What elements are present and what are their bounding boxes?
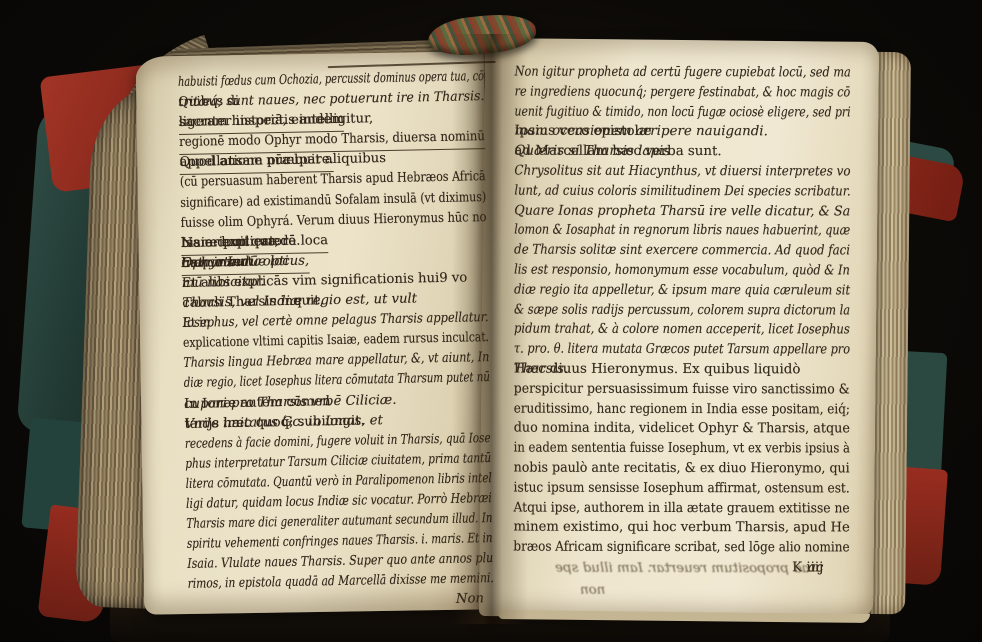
- text-line: nobis paulò ante recitatis, & ex diuo Hi…: [514, 458, 831, 479]
- text-line: lis est responsio, homonymum esse vocabu…: [514, 261, 800, 282]
- text-run: istuc ipsum sensisse Iosephum affirmat, …: [514, 478, 850, 499]
- text-run: pidum trahat, & à colore nomen acceperit…: [514, 320, 850, 341]
- text-run: lomon & Iosaphat in regnorum libris naue…: [514, 221, 850, 242]
- text-run: Isaiæ explicat,: [181, 232, 279, 254]
- left-page-text-block: habuisti fœdus cum Ochozia, percussit do…: [178, 67, 494, 615]
- text-line: bræos Africam significare scribat, sed l…: [513, 538, 814, 559]
- text-run: nobis paulò ante recitatis, & ex diuo Hi…: [514, 458, 850, 479]
- text-run: Quare Ionas propheta Tharsū ire velle di…: [514, 201, 850, 222]
- text-line: eruditissimo, hanc regionem in India ess…: [514, 399, 814, 420]
- text-line: lomon & Iosaphat in regnorum libris naue…: [514, 221, 795, 242]
- text-run: Ipsius vero epistolæ: [514, 122, 651, 142]
- text-line: Tharsis. Hæc diuus Hieronymus. Ex quibus…: [514, 360, 850, 381]
- text-run: lis est responsio, homonymum esse vocabu…: [514, 261, 850, 282]
- text-line: Atqui ipse, authorem in illa ætate graue…: [513, 498, 822, 519]
- text-run: lunt, ad cuius coloris similitudinem Dei…: [514, 181, 850, 202]
- text-run: Hæc diuus Hieronymus. Ex quibus liquidò: [514, 360, 801, 381]
- text-line: Chrysolitus sit aut Hiacynthus, vt diuer…: [514, 162, 813, 183]
- text-run: τ. pro. θ. litera mutata Græcos putet Ta…: [514, 340, 850, 361]
- text-run: Chrysolitus sit aut Hiacynthus, vt diuer…: [514, 162, 850, 183]
- text-line: lunt, ad cuius coloris similitudinem Dei…: [514, 181, 804, 202]
- bleedthrough-text-line: ad propositum reuertar. Iam illud spe: [517, 561, 847, 577]
- text-run: bræos Africam significare scribat, sed l…: [513, 538, 849, 559]
- text-line: in eadem sententia fuisse Iosephum, vt e…: [514, 439, 806, 460]
- text-run: in eadem sententia fuisse Iosephum, vt e…: [514, 439, 850, 460]
- text-line: Non igitur propheta ad certū fugere cupi…: [515, 63, 799, 84]
- open-book-photo: habuisti fœdus cum Ochozia, percussit do…: [0, 0, 982, 642]
- text-line: mam occasionem arripere nauigandi. Ipsiu…: [514, 122, 850, 143]
- text-run: perspicitur persuasissimum fuisse viro s…: [514, 379, 850, 400]
- text-line: diæ regio ita appelletur, & ipsum mare q…: [514, 280, 802, 301]
- text-run: diæ regio ita appelletur, & ipsum mare q…: [514, 280, 850, 301]
- text-run: Quæris si Tharsis lapis: [514, 142, 670, 162]
- bleedthrough-text-word: non: [515, 583, 605, 598]
- text-line: Quare Ionas propheta Tharsū ire velle di…: [514, 201, 834, 222]
- text-run: Quibus di: [178, 92, 239, 113]
- text-line: τ. pro. θ. litera mutata Græcos putet Ta…: [514, 340, 797, 361]
- text-run: Et in: [182, 314, 210, 335]
- text-run: duo nomina indita, videlicet Ophyr & Tha…: [514, 419, 850, 440]
- left-page-lines: habuisti fœdus cum Ochozia, percussit do…: [178, 67, 494, 595]
- text-run: in quo aurū opti: [181, 252, 289, 274]
- text-line: re ingrediens quocunq́; pergere festinab…: [515, 82, 796, 103]
- text-run: Atqui ipse, authorem in illa ætate graue…: [513, 498, 849, 519]
- right-page-lines: Non igitur propheta ad certū fugere cupi…: [513, 63, 850, 559]
- text-run: de Tharsis solitæ sint exercere commerci…: [514, 241, 850, 262]
- text-run: & sæpe solis radijs percussum, colorem s…: [514, 300, 850, 321]
- text-line: pidum trahat, & à colore nomen acceperit…: [514, 320, 804, 341]
- text-line: uenit fugitiuo & timido, non locū fugæ o…: [515, 102, 787, 123]
- text-line: istuc ipsum sensisse Iosephum affirmat, …: [514, 478, 819, 499]
- text-line: duo nomina indita, videlicet Ophyr & Tha…: [514, 419, 834, 440]
- text-run: minem existimo, qui hoc verbum Tharsis, …: [513, 518, 849, 539]
- text-run: In Ionæ autem cōmen: [184, 392, 331, 415]
- text-line: ad Marcellam hæc verba sunt. Quæris si T…: [514, 142, 850, 163]
- right-page-text-block: ad propositum reuertar. Iam illud spe no…: [513, 63, 850, 579]
- text-run: uenit fugitiuo & timido, non locū fugæ o…: [515, 102, 851, 123]
- text-line: de Tharsis solitæ sint exercere commerci…: [514, 241, 809, 262]
- text-line: perspicitur persuasissimum fuisse viro s…: [514, 379, 825, 400]
- text-run: eruditissimo, hanc regionem in India ess…: [514, 399, 850, 420]
- text-line: & sæpe solis radijs percussum, colorem s…: [514, 300, 799, 321]
- text-run: re ingrediens quocunq́; pergere festinab…: [515, 82, 851, 103]
- text-run: Non igitur propheta ad certū fugere cupi…: [515, 63, 851, 84]
- text-line: minem existimo, qui hoc verbum Tharsis, …: [513, 518, 843, 539]
